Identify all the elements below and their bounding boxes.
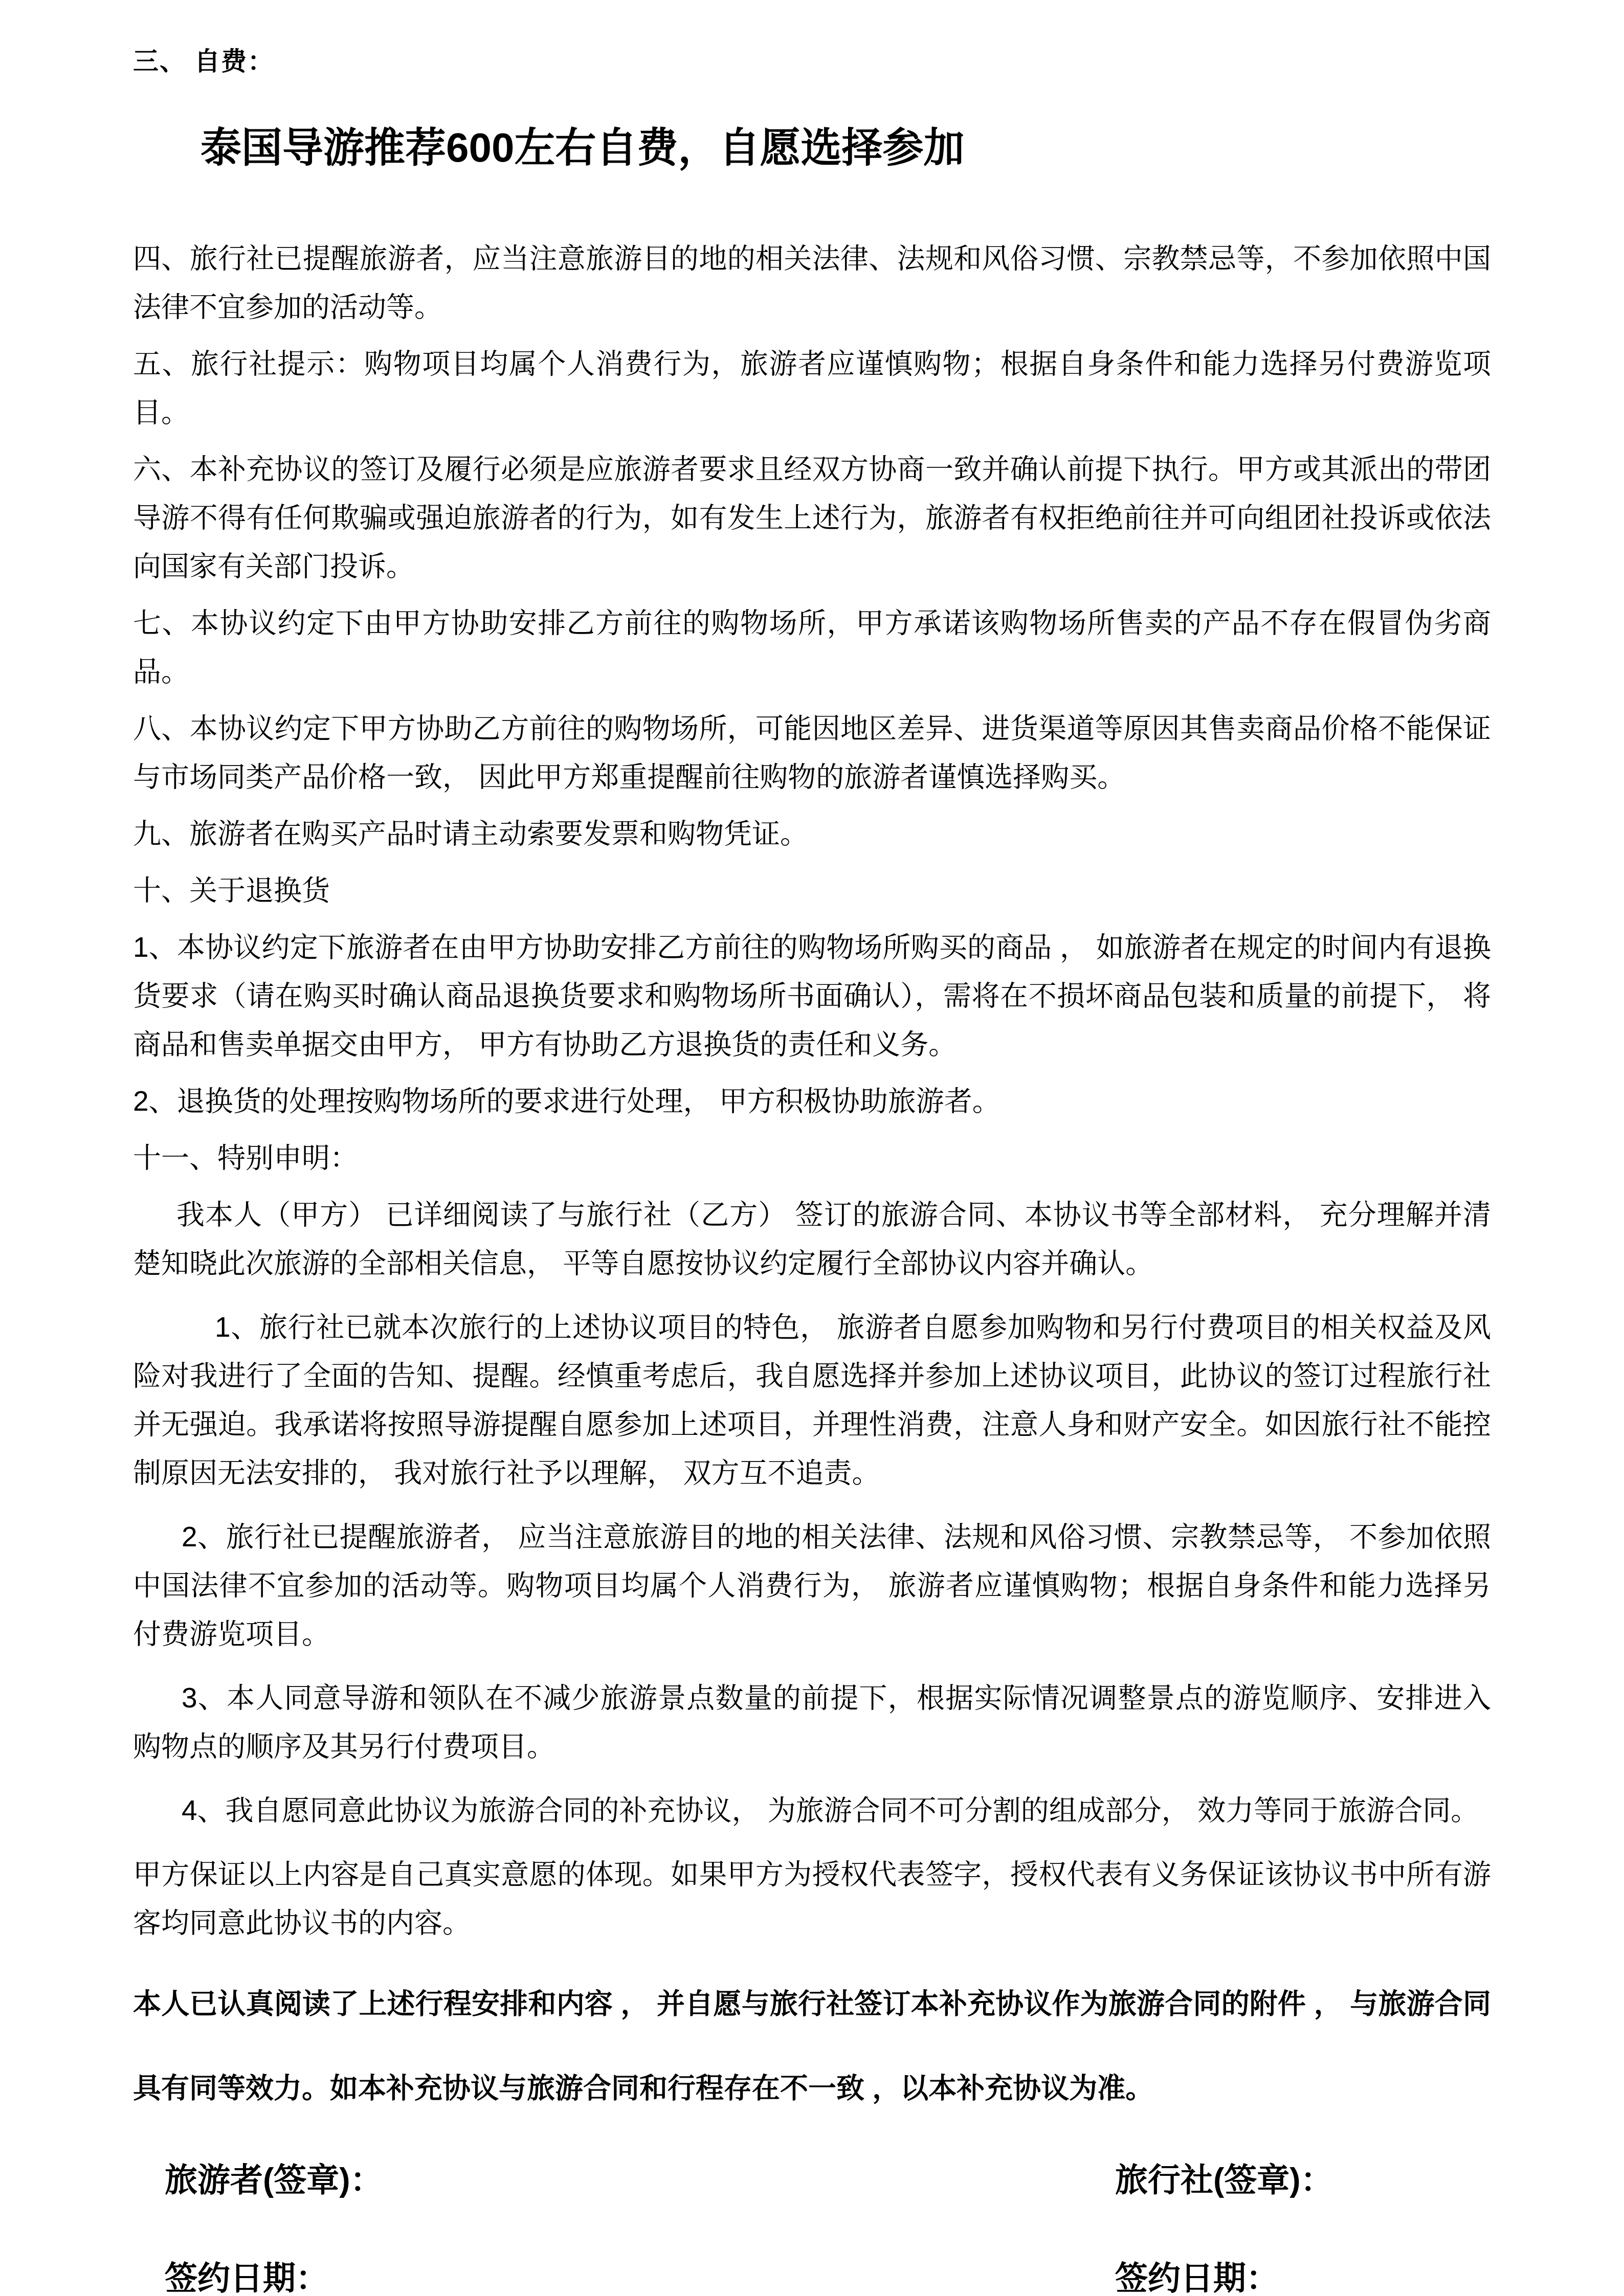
returns-item-1: 1、本协议约定下旅游者在由甲方协助安排乙方前往的购物场所购买的商品 ， 如旅游者… <box>133 923 1491 1069</box>
declaration-item-1: 1、旅行社已就本次旅行的上述协议项目的特色， 旅游者自愿参加购物和另行付费项目的… <box>133 1303 1491 1497</box>
signing-date-row: 签约日期： 签约日期： <box>133 2260 1491 2296</box>
party-a-guarantee: 甲方保证以上内容是自己真实意愿的体现。如果甲方为授权代表签字，授权代表有义务保证… <box>133 1850 1491 1947</box>
signature-row: 旅游者(签章)： 旅行社(签章)： <box>133 2162 1491 2198</box>
agency-signing-date-label: 签约日期： <box>1115 2260 1279 2296</box>
clause-6: 六、本补充协议的签订及履行必须是应旅游者要求且经双方协商一致并确认前提下执行。甲… <box>133 445 1491 591</box>
clause-7: 七、本协议约定下由甲方协助安排乙方前往的购物场所，甲方承诺该购物场所售卖的产品不… <box>133 599 1491 696</box>
declaration-item-4: 4、我自愿同意此协议为旅游合同的补充协议， 为旅游合同不可分割的组成部分， 效力… <box>133 1786 1491 1835</box>
clause-4: 四、旅行社已提醒旅游者，应当注意旅游目的地的相关法律、法规和风俗习惯、宗教禁忌等… <box>133 234 1491 331</box>
clause-9: 九、旅游者在购买产品时请主动索要发票和购物凭证。 <box>133 809 1491 858</box>
declaration-intro: 我本人（甲方） 已详细阅读了与旅行社（乙方） 签订的旅游合同、本协议书等全部材料… <box>133 1190 1491 1288</box>
clause-8: 八、本协议约定下甲方协助乙方前往的购物场所，可能因地区差异、进货渠道等原因其售卖… <box>133 704 1491 801</box>
clause-5: 五、旅行社提示：购物项目均属个人消费行为，旅游者应谨慎购物；根据自身条件和能力选… <box>133 340 1491 437</box>
contract-page: 三、 自费： 泰国导游推荐600左右自费，自愿选择参加 四、旅行社已提醒旅游者，… <box>0 0 1624 2296</box>
closing-confirmation: 本人已认真阅读了上述行程安排和内容 ， 并自愿与旅行社签订本补充协议作为旅游合同… <box>133 1962 1491 2130</box>
declaration-item-3: 3、本人同意导游和领队在不减少旅游景点数量的前提下，根据实际情况调整景点的游览顺… <box>133 1674 1491 1771</box>
returns-item-2: 2、退换货的处理按购物场所的要求进行处理， 甲方积极协助旅游者。 <box>133 1077 1491 1126</box>
clause-11-declaration-heading: 十一、特别申明： <box>133 1134 1491 1182</box>
clauses-block: 四、旅行社已提醒旅游者，应当注意旅游目的地的相关法律、法规和风俗习惯、宗教禁忌等… <box>133 234 1491 2130</box>
self-pay-headline: 泰国导游推荐600左右自费，自愿选择参加 <box>201 125 1491 170</box>
traveler-signature-label: 旅游者(签章)： <box>165 2162 383 2198</box>
traveler-signing-date-label: 签约日期： <box>165 2260 328 2296</box>
declaration-item-2: 2、旅行社已提醒旅游者， 应当注意旅游目的地的相关法律、法规和风俗习惯、宗教禁忌… <box>133 1513 1491 1658</box>
section-heading: 三、 自费： <box>133 49 1491 74</box>
agency-signature-label: 旅行社(签章)： <box>1115 2162 1333 2198</box>
clause-10-returns-heading: 十、关于退换货 <box>133 866 1491 915</box>
